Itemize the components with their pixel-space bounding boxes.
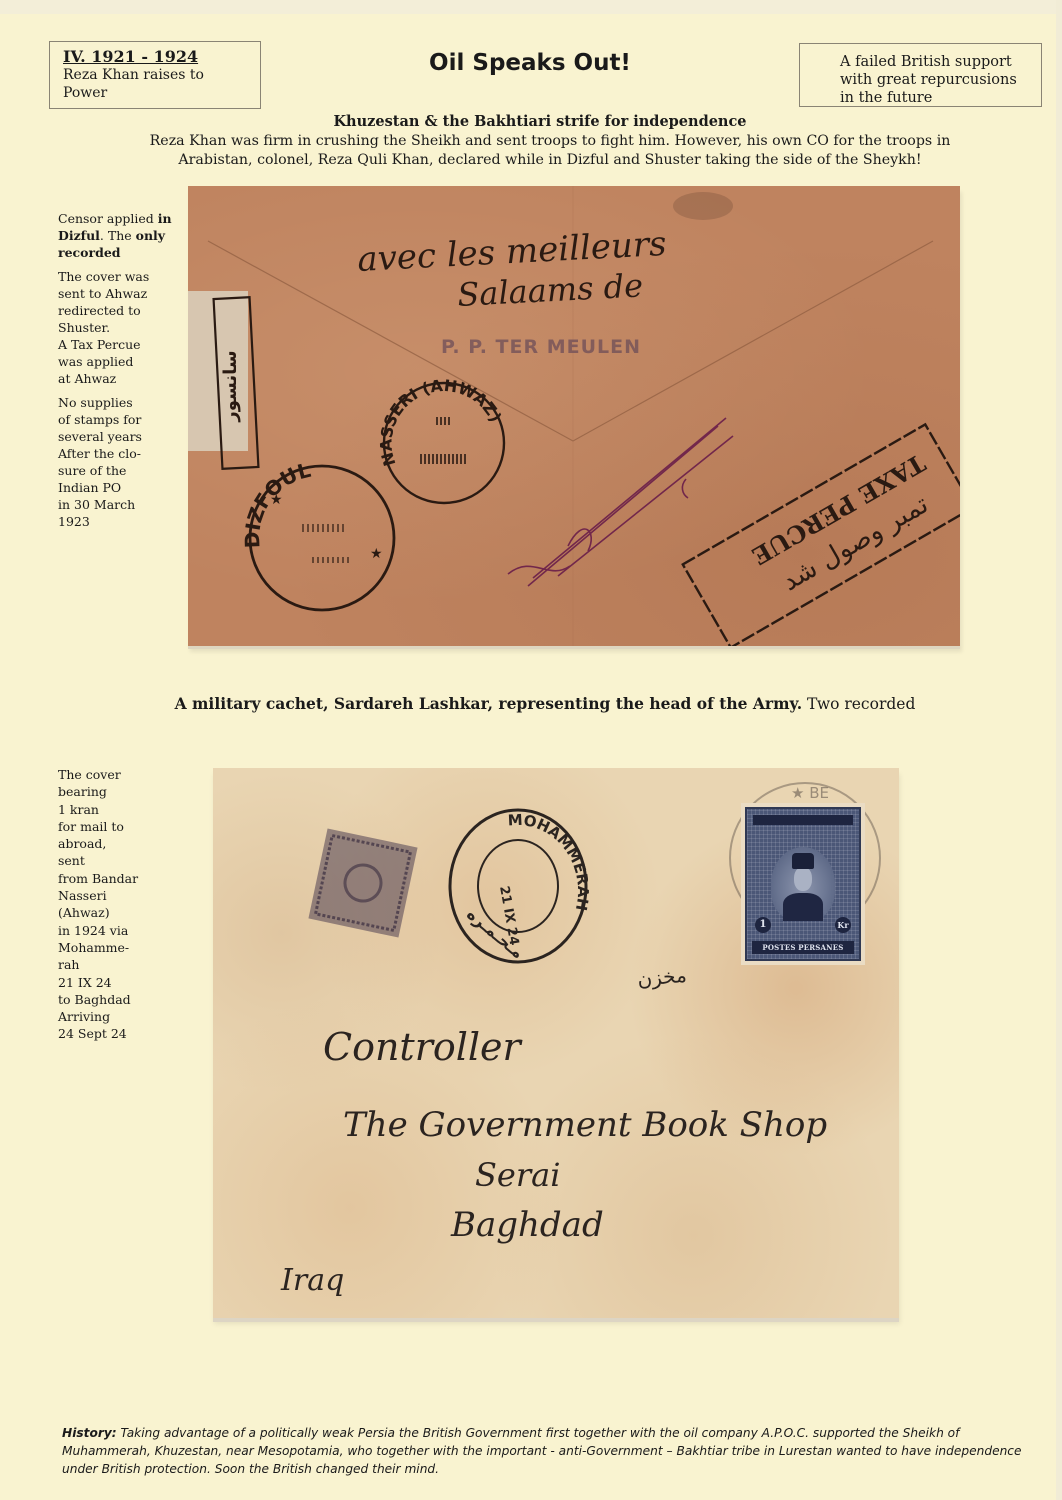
intro-line: Arabistan, colonel, Reza Quli Khan, decl… — [70, 151, 1030, 170]
note-line: sure of the — [58, 463, 126, 478]
note-line: 21 IX 24 — [58, 975, 112, 990]
note-line: sent — [58, 853, 85, 868]
address-block: Controller The Government Book Shop Sera… — [280, 1025, 827, 1298]
svg-text:★: ★ — [370, 546, 383, 562]
cover1-notes: Censor applied in Dizful. The only recor… — [58, 210, 178, 537]
note-line: 1923 — [58, 514, 90, 529]
note-line: (Ahwaz) — [58, 905, 110, 920]
note-line: A Tax Percue — [58, 337, 141, 352]
stamp-inscription: POSTES PERSANES — [752, 941, 854, 954]
supplies-note: No suppliesof stamps forseveral yearsAft… — [58, 394, 178, 530]
note-line: redirected to — [58, 303, 141, 318]
svg-text:سانسور: سانسور — [220, 350, 241, 422]
manuscript-marks — [508, 418, 733, 586]
svg-text:مخزن: مخزن — [636, 963, 687, 991]
address-line: Iraq — [280, 1263, 344, 1298]
note-line: Nasseri — [58, 888, 107, 903]
note-text: . The — [100, 228, 136, 243]
album-page: IV. 1921 - 1924 Reza Khan raises to Powe… — [0, 0, 1062, 1500]
history-note: History: Taking advantage of a political… — [62, 1424, 1022, 1478]
period-heading: IV. 1921 - 1924 — [63, 48, 260, 66]
svg-text:★ BE: ★ BE — [791, 784, 829, 802]
note-line: rah — [58, 957, 79, 972]
cover2-caption: A military cachet, Sardareh Lashkar, rep… — [80, 694, 1010, 713]
summary-line: with great repurcusions — [840, 71, 1041, 89]
address-line: The Government Book Shop — [343, 1105, 827, 1145]
period-line: Power — [63, 84, 260, 102]
note-line: After the clo- — [58, 446, 141, 461]
cover2-notes: The coverbearing1 kranfor mail toabroad,… — [58, 766, 178, 1043]
note-line: to Baghdad — [58, 992, 131, 1007]
note-line: from Bandar — [58, 871, 138, 886]
note-line: at Ahwaz — [58, 371, 116, 386]
svg-text:MOHAMMERAH: MOHAMMERAH — [507, 811, 592, 912]
route-note: The cover wassent to Ahwazredirected toS… — [58, 268, 178, 387]
note-line: several years — [58, 429, 142, 444]
note-line: Shuster. — [58, 320, 110, 335]
note-line: Indian PO — [58, 480, 121, 495]
note-line: The cover was — [58, 269, 149, 284]
caption-bold: A military cachet, Sardareh Lashkar, rep… — [175, 694, 803, 713]
note-line: 24 Sept 24 — [58, 1026, 127, 1041]
note-line: The cover — [58, 767, 121, 782]
section-subtitle: Khuzestan & the Bakhtiari strife for ind… — [80, 113, 1000, 130]
address-line: Serai — [475, 1156, 560, 1194]
note-line: of stamps for — [58, 412, 141, 427]
history-label: History: — [62, 1426, 117, 1440]
svg-text:★: ★ — [270, 492, 283, 508]
summary-box: A failed British support with great repu… — [799, 43, 1042, 107]
history-text: Taking advantage of a politically weak P… — [62, 1426, 1022, 1476]
stamp-unit: Kr — [835, 917, 851, 933]
note-line: No supplies — [58, 395, 133, 410]
note-line: sent to Ahwaz — [58, 286, 147, 301]
handwritten-greeting: Salaams de — [456, 266, 643, 314]
summary-line: A failed British support — [840, 53, 1041, 71]
postmark-dizful: DIZFOUL ★ ★ — [240, 458, 394, 610]
note-line: Arriving — [58, 1009, 110, 1024]
period-line: Reza Khan raises to — [63, 66, 260, 84]
cover-front-aged: MOHAMMERAH 21 IX 24 مـحـمـره ★ BE مخزن C… — [213, 768, 899, 1318]
page-title: Oil Speaks Out! — [330, 50, 730, 76]
postmark-mohammerah: MOHAMMERAH 21 IX 24 مـحـمـره — [450, 810, 592, 962]
address-line: Controller — [323, 1025, 524, 1069]
summary-line: in the future — [840, 89, 1041, 107]
censor-note: Censor applied in Dizful. The only recor… — [58, 210, 178, 261]
note-line: was applied — [58, 354, 133, 369]
note-line: for mail to — [58, 819, 124, 834]
intro-line: Reza Khan was firm in crushing the Sheik… — [70, 132, 1030, 151]
note-line: in 1924 via — [58, 923, 128, 938]
note-line: Mohamme- — [58, 940, 129, 955]
note-line: in 30 March — [58, 497, 135, 512]
tax-percue-cachet: TAXE PERCUE تمبر وصول شد — [683, 424, 960, 646]
sender-cachet: P. P. TER MEULEN — [441, 336, 641, 358]
stamp-value: 1 — [755, 917, 771, 933]
cover1-markings: avec les meilleurs Salaams de P. P. TER … — [188, 186, 960, 646]
note-line: abroad, — [58, 836, 106, 851]
cover-back-brown: avec les meilleurs Salaams de P. P. TER … — [188, 186, 960, 646]
address-line: Baghdad — [450, 1205, 604, 1245]
postage-stamp-1-kran: 1 Kr POSTES PERSANES — [741, 803, 865, 965]
postmark-ahwaz: NASSERI (AHWAZ) — [376, 376, 505, 503]
page-edge — [1056, 0, 1062, 1500]
military-cachet — [308, 828, 417, 937]
caption-normal: Two recorded — [802, 695, 915, 713]
note-line: 1 kran — [58, 802, 99, 817]
note-text: Censor applied — [58, 211, 158, 226]
note-line: bearing — [58, 784, 107, 799]
page-edge — [0, 0, 1062, 14]
period-box: IV. 1921 - 1924 Reza Khan raises to Powe… — [49, 41, 261, 109]
section-intro: Reza Khan was firm in crushing the Sheik… — [70, 132, 1030, 170]
